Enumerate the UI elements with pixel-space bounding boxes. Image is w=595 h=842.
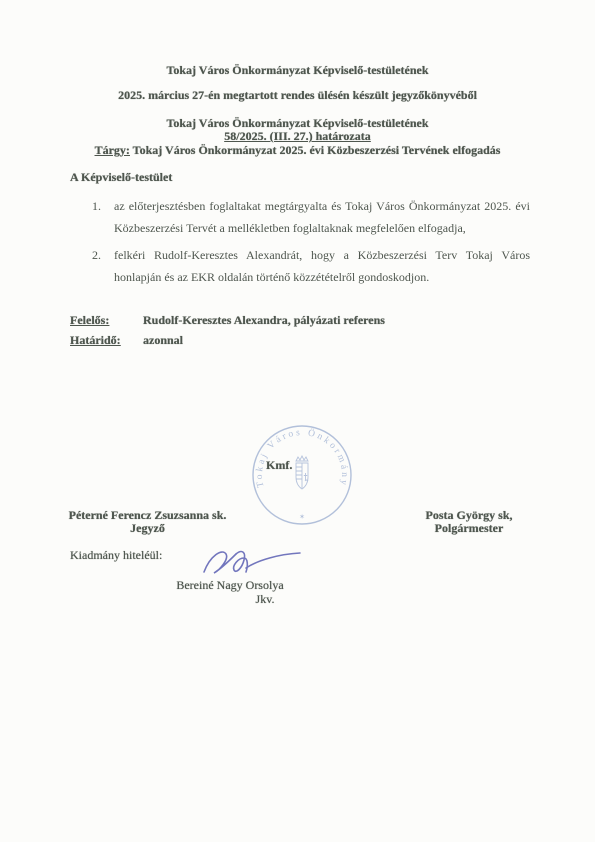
document-page: Tokaj Város Önkormányzat Képviselő-testü… xyxy=(0,0,595,842)
subject-label: Tárgy: xyxy=(95,143,130,157)
subject-text: Tokaj Város Önkormányzat 2025. évi Közbe… xyxy=(130,143,501,157)
list-item-text: felkéri Rudolf-Keresztes Alexandrát, hog… xyxy=(114,244,530,288)
list-item-number: 1. xyxy=(92,195,114,239)
deadline-label: Határidő: xyxy=(70,333,140,347)
coat-of-arms-icon xyxy=(296,456,308,489)
list-item: 2. felkéri Rudolf-Keresztes Alexandrát, … xyxy=(92,244,530,288)
stamp-ring-text: Tokaj Város Önkormányzat xyxy=(250,423,349,488)
responsible-value: Rudolf-Keresztes Alexandra, pályázati re… xyxy=(143,313,385,327)
municipal-stamp-icon: Tokaj Város Önkormányzat ✶ xyxy=(250,423,354,527)
resolution-list: 1. az előterjesztésben foglaltakat megtá… xyxy=(92,195,530,293)
deadline-row: Határidő: azonnal xyxy=(70,333,530,347)
header-line-2: 2025. március 27-én megtartott rendes ül… xyxy=(0,88,595,102)
notary-title: Jegyző xyxy=(60,522,235,535)
mayor-title: Polgármester xyxy=(403,522,535,535)
responsible-label: Felelős: xyxy=(70,313,140,327)
attestation-label: Kiadmány hiteléül: xyxy=(70,548,162,563)
list-item-number: 2. xyxy=(92,244,114,288)
left-signature-block: Péterné Ferencz Zsuzsanna sk. Jegyző xyxy=(60,509,235,535)
kmf-closing: Kmf. xyxy=(266,458,292,473)
responsible-row: Felelős: Rudolf-Keresztes Alexandra, pál… xyxy=(70,313,530,327)
list-item: 1. az előterjesztésben foglaltakat megtá… xyxy=(92,195,530,239)
svg-text:Tokaj Város Önkormányzat: Tokaj Város Önkormányzat xyxy=(250,423,349,488)
clerk-name: Bereiné Nagy Orsolya xyxy=(150,579,310,592)
header-line-3: Tokaj Város Önkormányzat Képviselő-testü… xyxy=(0,116,595,130)
clerk-title: Jkv. xyxy=(235,592,295,607)
stamp-bottom-mark: ✶ xyxy=(299,513,305,521)
body-intro: A Képviselő-testület xyxy=(70,170,172,185)
subject-line: Tárgy: Tokaj Város Önkormányzat 2025. év… xyxy=(0,143,595,157)
list-item-text: az előterjesztésben foglaltakat megtárgy… xyxy=(114,195,530,239)
header-line-1: Tokaj Város Önkormányzat Képviselő-testü… xyxy=(0,63,595,77)
deadline-value: azonnal xyxy=(143,333,183,347)
right-signature-block: Posta György sk, Polgármester xyxy=(403,509,535,535)
resolution-number: 58/2025. (III. 27.) határozata xyxy=(0,129,595,143)
